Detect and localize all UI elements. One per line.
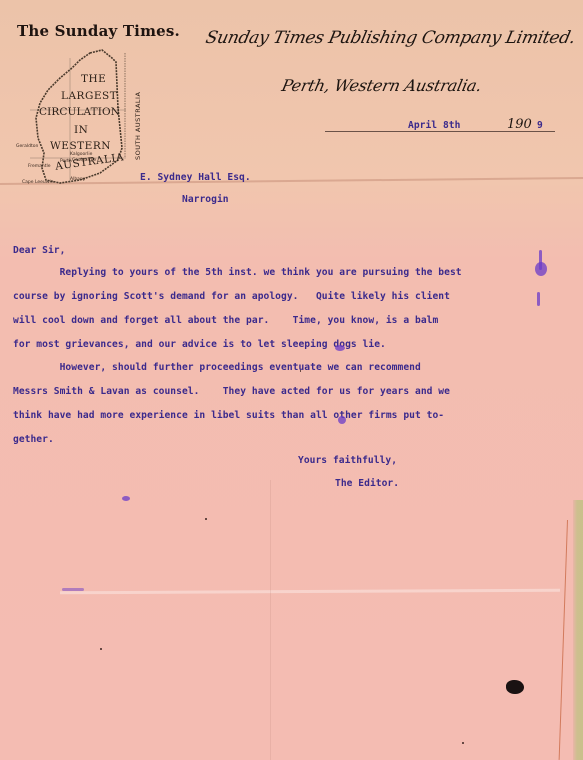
ink-smudge [335, 345, 345, 351]
map-text-line: CIRCULATION [39, 106, 120, 118]
paper-fold [60, 589, 560, 595]
body-line: Messrs Smith & Lavan as counsel. They ha… [13, 386, 450, 397]
body-line: for most grievances, and our advice is t… [13, 339, 386, 350]
body-line: course by ignoring Scott's demand for an… [13, 291, 450, 302]
map-place: Kalgoorlie [70, 152, 92, 157]
letter-page: The Sunday Times. THE LARGEST CIRCULATIO… [0, 0, 583, 760]
signature: The Editor. [335, 478, 399, 489]
ink-smudge [122, 496, 130, 501]
valediction: Yours faithfully, [298, 455, 397, 466]
speck [300, 370, 301, 372]
date-year-suffix: 9 [537, 120, 543, 131]
map-place: Fremantle [28, 164, 51, 169]
body-line: will cool down and forget all about the … [13, 315, 438, 326]
ink-blot [506, 680, 524, 694]
company-name: Sunday Times Publishing Company Limited. [204, 28, 577, 48]
body-line: However, should further proceedings even… [13, 362, 421, 373]
speck [205, 518, 207, 520]
page-edge [573, 500, 583, 760]
ink-smudge [539, 250, 542, 270]
map-text-line: LARGEST [61, 90, 117, 102]
map-place: Perth [60, 159, 72, 164]
map-side-label: SOUTH AUSTRALIA [134, 92, 142, 160]
map-text-line: IN [74, 124, 88, 136]
recipient-name: E. Sydney Hall Esq. [140, 172, 251, 183]
map-text-line: WESTERN [50, 140, 111, 152]
recipient-town: Narrogin [182, 194, 229, 205]
ink-smudge [338, 416, 346, 424]
speck [462, 742, 464, 744]
date-year-prefix: 190 [507, 117, 532, 132]
map-place: Albany [70, 177, 85, 182]
speck [100, 648, 102, 650]
map-place: Geraldton [16, 144, 38, 149]
ink-smudge [537, 292, 540, 306]
map-place: Cape Leeuwin [22, 180, 54, 185]
paper-crease [270, 480, 271, 760]
map-text-line: THE [81, 73, 106, 85]
body-line: gether. [13, 434, 54, 445]
company-location: Perth, Western Australia. [280, 76, 483, 95]
body-line: think have had more experience in libel … [13, 410, 444, 421]
body-line: Replying to yours of the 5th inst. we th… [13, 267, 462, 278]
date-day: April 8th [408, 120, 460, 131]
map-place: Coolgardie [72, 158, 96, 163]
ink-smudge [62, 588, 84, 591]
salutation: Dear Sir, [13, 245, 65, 256]
page-edge-line [559, 520, 568, 760]
masthead-title: The Sunday Times. [17, 22, 180, 40]
western-australia-map: THE LARGEST CIRCULATION IN WESTERN AUSTR… [30, 48, 130, 188]
